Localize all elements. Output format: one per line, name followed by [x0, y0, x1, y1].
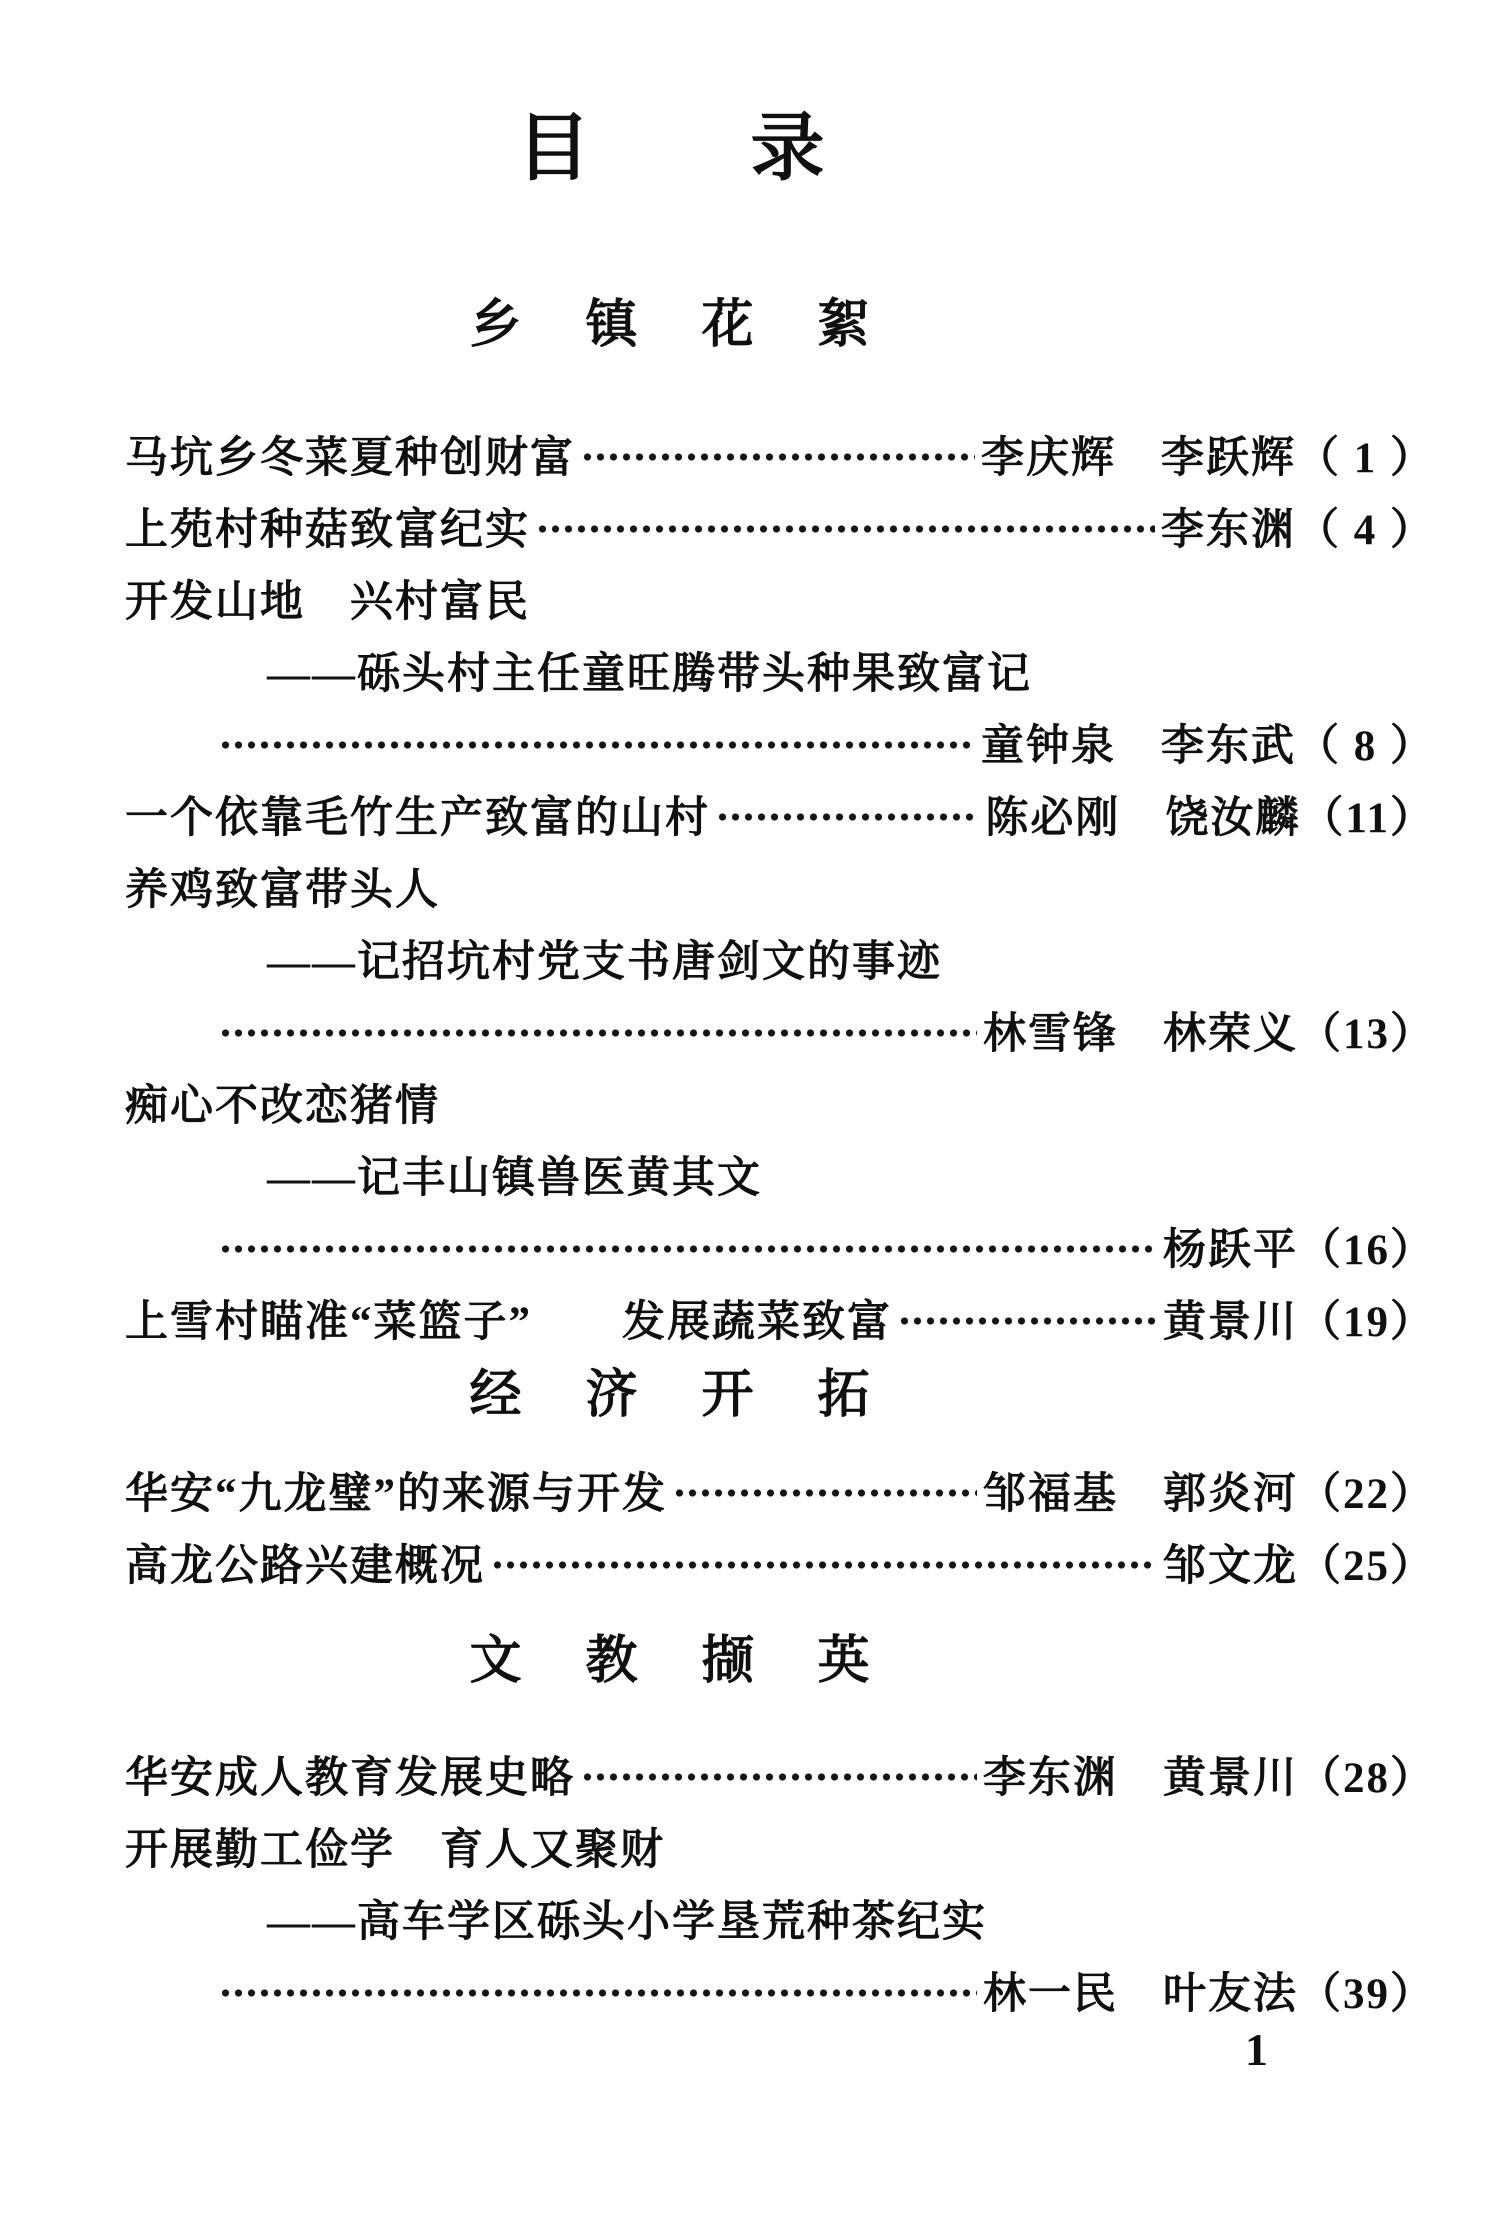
toc-entry-subtitle: ——记招坑村党支书唐剑文的事迹 — [125, 922, 1435, 994]
entry-title: 上苑村种菇致富纪实 — [125, 496, 530, 557]
entry-authors: 李庆辉 李跃辉 — [981, 424, 1296, 485]
toc-entry: 华安成人教育发展史略 李东渊 黄景川 （28） — [125, 1738, 1435, 1810]
entry-page: （ 4 ） — [1296, 496, 1435, 557]
toc-entry-subtitle: ——高车学区砾头小学垦荒种茶纪实 — [125, 1882, 1435, 1954]
toc-entry-authors-line: 杨跃平 （16） — [125, 1210, 1435, 1282]
toc-entry: 上苑村种菇致富纪实 李东渊 （ 4 ） — [125, 490, 1435, 562]
entry-title: 华安成人教育发展史略 — [125, 1744, 575, 1805]
toc-entry: 高龙公路兴建概况 邹文龙 （25） — [125, 1526, 1435, 1598]
toc-entry-authors-line: 童钟泉 李东武 （ 8 ） — [125, 706, 1435, 778]
entry-title: 养鸡致富带头人 — [125, 856, 440, 917]
toc-entry: 一个依靠毛竹生产致富的山村 陈必刚 饶汝麟 （11） — [125, 778, 1435, 850]
entry-authors: 林雪锋 林荣义 — [983, 1000, 1298, 1061]
entry-authors: 童钟泉 李东武 — [981, 712, 1296, 773]
entry-page: （19） — [1298, 1288, 1435, 1349]
section-entries: 马坑乡冬菜夏种创财富 李庆辉 李跃辉 （ 1 ） 上苑村种菇致富纪实 李东渊 （… — [0, 418, 1489, 1354]
toc-page: 目 录 乡 镇 花 絮 马坑乡冬菜夏种创财富 李庆辉 李跃辉 （ 1 ） 上苑村… — [0, 0, 1489, 2232]
dot-leader — [491, 1559, 1157, 1571]
entry-page: （22） — [1298, 1460, 1435, 1521]
section-culture-education: 文 教 撷 英 华安成人教育发展史略 李东渊 黄景川 （28） 开展勤工俭学 育… — [0, 1634, 1489, 2026]
entry-page: （11） — [1300, 784, 1435, 845]
section-heading: 经 济 开 拓 — [0, 1368, 1345, 1424]
entry-title: 开展勤工俭学 育人又聚财 — [125, 1816, 665, 1877]
entry-title: 上雪村瞄准“菜篮子” 发展蔬菜致富 — [125, 1288, 892, 1349]
toc-entry-subtitle: ——记丰山镇兽医黄其文 — [125, 1138, 1435, 1210]
toc-entry: 上雪村瞄准“菜篮子” 发展蔬菜致富 黄景川 （19） — [125, 1282, 1435, 1354]
entry-title: 高龙公路兴建概况 — [125, 1532, 485, 1593]
page-number: 1 — [1245, 2026, 1268, 2074]
entry-title: 开发山地 兴村富民 — [125, 568, 530, 629]
entry-subtitle: ——记丰山镇兽医黄其文 — [267, 1144, 762, 1205]
section-heading: 乡 镇 花 絮 — [0, 298, 1345, 354]
entry-title: 一个依靠毛竹生产致富的山村 — [125, 784, 710, 845]
dot-leader — [219, 739, 975, 751]
entry-subtitle: ——记招坑村党支书唐剑文的事迹 — [267, 928, 942, 989]
section-economy: 经 济 开 拓 华安“九龙璧”的来源与开发 邹福基 郭炎河 （22） 高龙公路兴… — [0, 1368, 1489, 1598]
toc-entry: 华安“九龙璧”的来源与开发 邹福基 郭炎河 （22） — [125, 1454, 1435, 1526]
toc-entry: 养鸡致富带头人 — [125, 850, 1435, 922]
entry-page: （28） — [1298, 1744, 1435, 1805]
entry-authors: 林一民 叶友法 — [983, 1960, 1298, 2021]
dot-leader — [219, 1987, 977, 1999]
entry-page: （16） — [1298, 1216, 1435, 1277]
entry-page: （ 1 ） — [1296, 424, 1435, 485]
toc-entry: 马坑乡冬菜夏种创财富 李庆辉 李跃辉 （ 1 ） — [125, 418, 1435, 490]
dot-leader — [581, 1771, 977, 1783]
dot-leader — [673, 1487, 977, 1499]
page-title: 目 录 — [0, 112, 1345, 186]
entry-authors: 李东渊 — [1161, 496, 1296, 557]
section-heading: 文 教 撷 英 — [0, 1634, 1345, 1690]
dot-leader — [898, 1315, 1157, 1327]
entry-page: （25） — [1298, 1532, 1435, 1593]
entry-authors: 邹福基 郭炎河 — [983, 1460, 1298, 1521]
section-entries: 华安“九龙璧”的来源与开发 邹福基 郭炎河 （22） 高龙公路兴建概况 邹文龙 … — [0, 1454, 1489, 1598]
toc-entry-authors-line: 林雪锋 林荣义 （13） — [125, 994, 1435, 1066]
toc-entry: 开发山地 兴村富民 — [125, 562, 1435, 634]
entry-title: 痴心不改恋猪情 — [125, 1072, 440, 1133]
toc-entry-authors-line: 林一民 叶友法 （39） — [125, 1954, 1435, 2026]
dot-leader — [219, 1243, 1157, 1255]
entry-authors: 李东渊 黄景川 — [983, 1744, 1298, 1805]
entry-subtitle: ——高车学区砾头小学垦荒种茶纪实 — [267, 1888, 987, 1949]
entry-page: （ 8 ） — [1296, 712, 1435, 773]
entry-subtitle: ——砾头村主任童旺腾带头种果致富记 — [267, 640, 1032, 701]
entry-page: （13） — [1298, 1000, 1435, 1061]
entry-title: 华安“九龙璧”的来源与开发 — [125, 1460, 667, 1521]
entry-authors: 黄景川 — [1163, 1288, 1298, 1349]
dot-leader — [219, 1027, 977, 1039]
entry-title: 马坑乡冬菜夏种创财富 — [125, 424, 575, 485]
entry-page: （39） — [1298, 1960, 1435, 2021]
entry-authors: 杨跃平 — [1163, 1216, 1298, 1277]
entry-authors: 邹文龙 — [1163, 1532, 1298, 1593]
toc-entry: 开展勤工俭学 育人又聚财 — [125, 1810, 1435, 1882]
section-township-tidbits: 乡 镇 花 絮 马坑乡冬菜夏种创财富 李庆辉 李跃辉 （ 1 ） 上苑村种菇致富… — [0, 298, 1489, 1354]
entry-authors: 陈必刚 饶汝麟 — [985, 784, 1300, 845]
dot-leader — [536, 523, 1155, 535]
toc-entry-subtitle: ——砾头村主任童旺腾带头种果致富记 — [125, 634, 1435, 706]
section-entries: 华安成人教育发展史略 李东渊 黄景川 （28） 开展勤工俭学 育人又聚财 ——高… — [0, 1738, 1489, 2026]
dot-leader — [581, 451, 975, 463]
toc-entry: 痴心不改恋猪情 — [125, 1066, 1435, 1138]
dot-leader — [716, 811, 979, 823]
